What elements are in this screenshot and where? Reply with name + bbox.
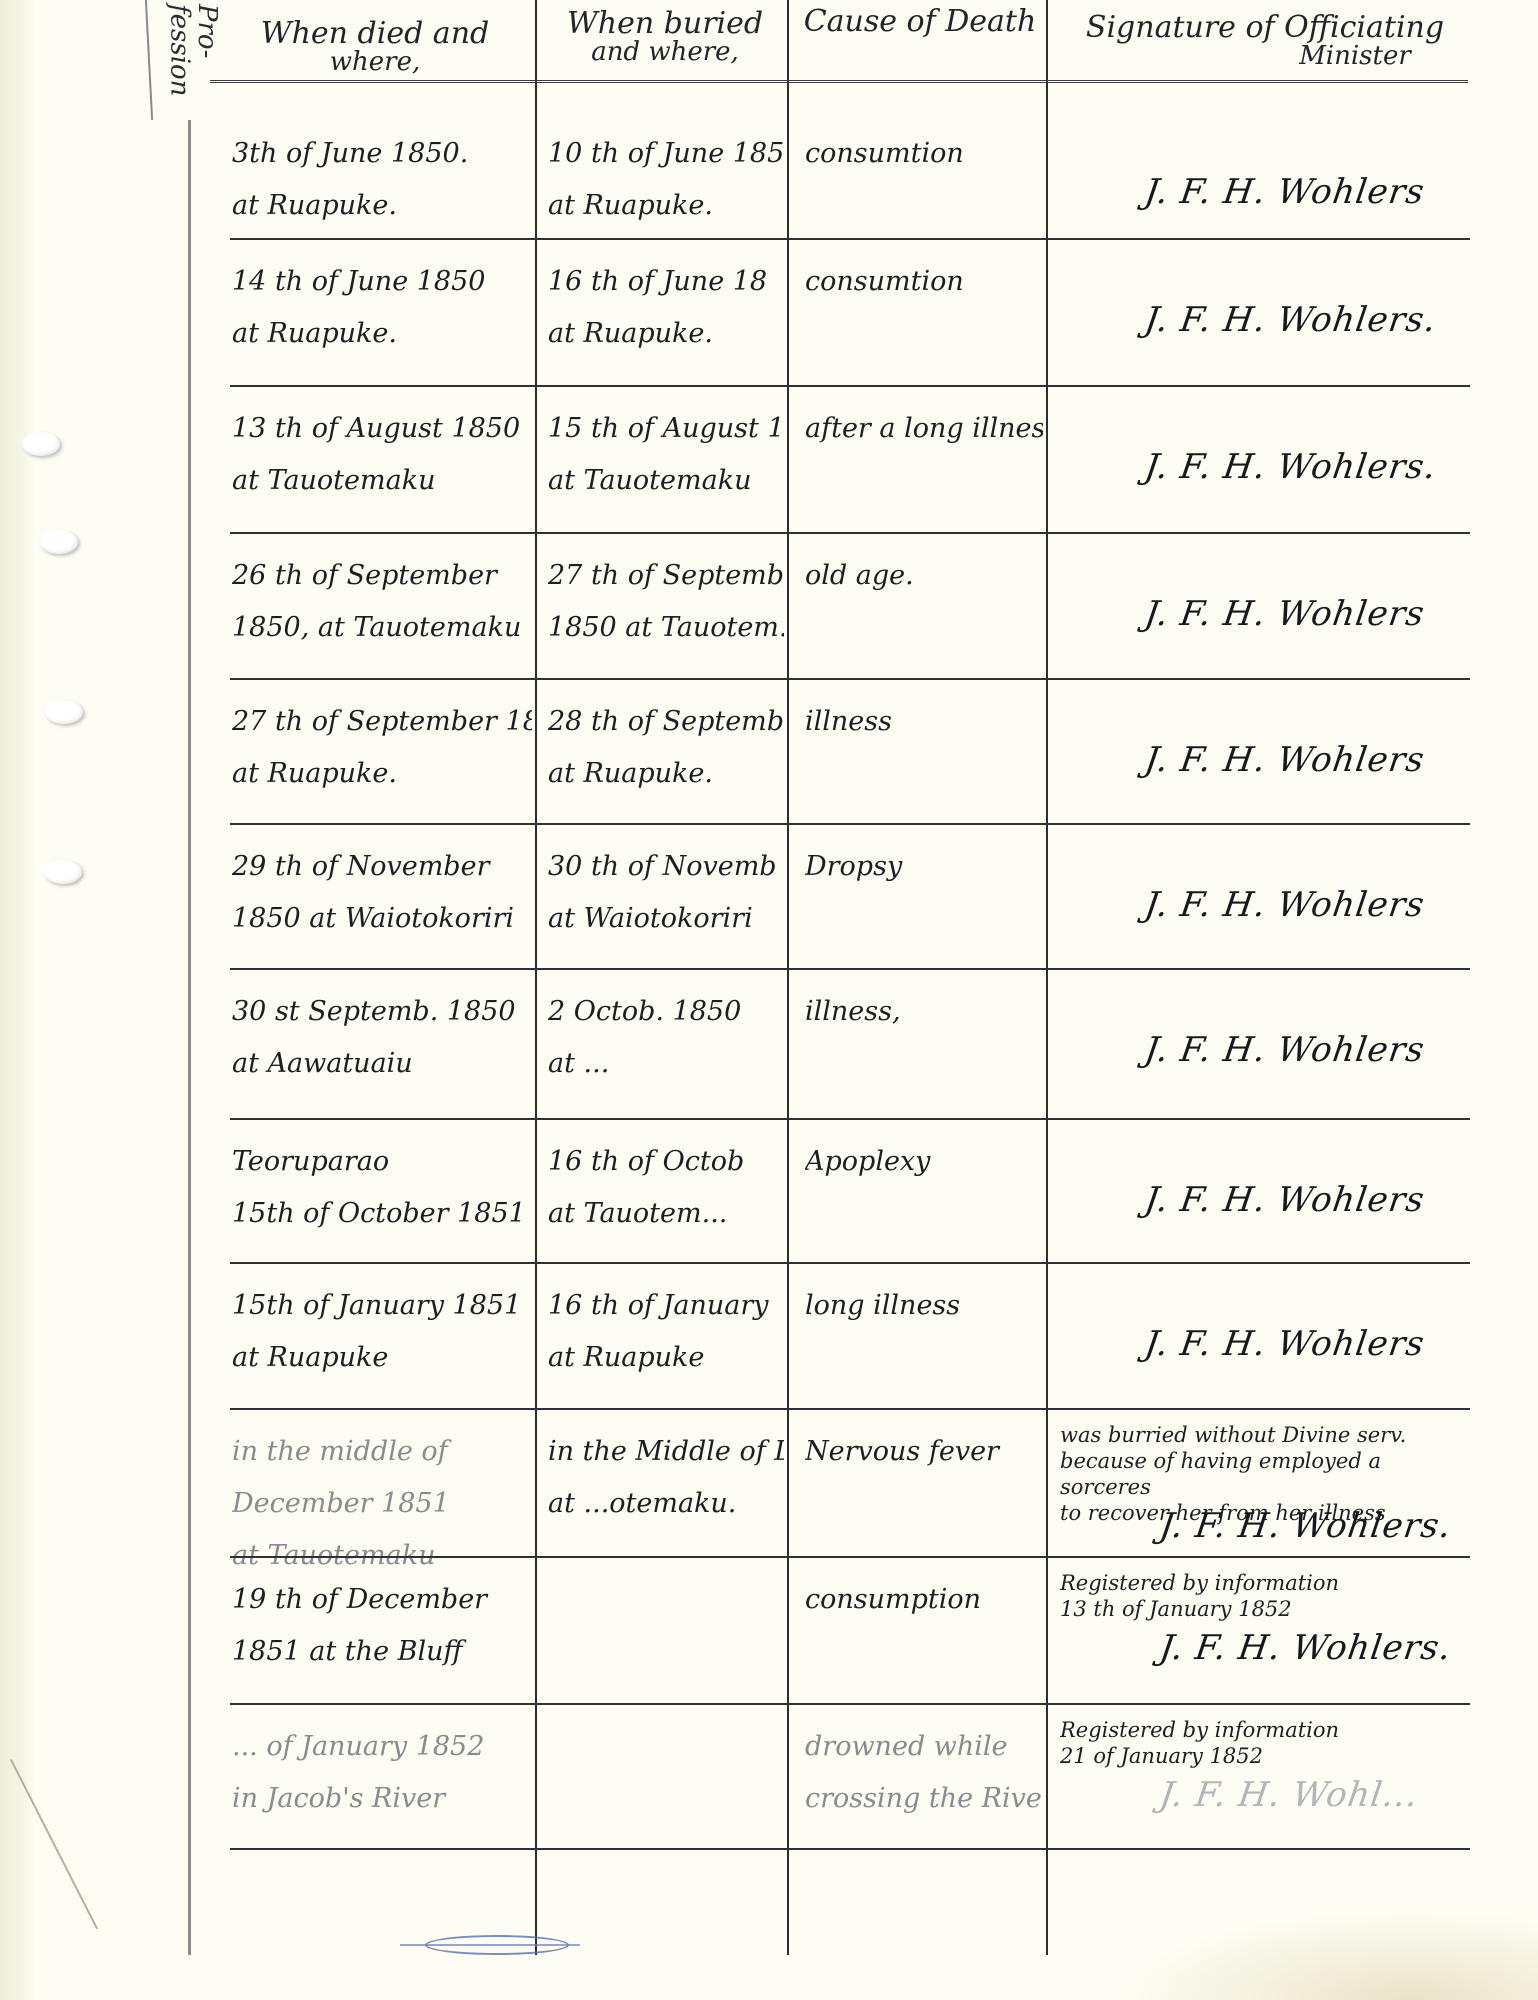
- cell-line: consumption: [805, 1574, 1043, 1626]
- date-place-of-death: 15th of January 1851at Ruapuke: [232, 1280, 532, 1384]
- minister-signature: J. F. H. Wohlers: [1142, 740, 1427, 780]
- cause-of-death: consumtion: [805, 128, 1043, 180]
- date-place-of-death: 29 th of November1850 at Waiotokoriri: [232, 841, 532, 945]
- date-place-of-death: 3th of June 1850.at Ruapuke.: [232, 128, 532, 232]
- cell-line: 10 th of June 1850: [548, 128, 784, 180]
- cell-line: 16 th of June 18: [548, 256, 784, 308]
- cell-line: at Ruapuke.: [548, 180, 784, 232]
- date-place-of-death: 14 th of June 1850at Ruapuke.: [232, 256, 532, 360]
- cause-of-death: long illness: [805, 1280, 1043, 1332]
- cell-line: 28 th of Septemb: [548, 696, 784, 748]
- cell-line: 15 th of August 1850: [548, 403, 784, 455]
- cause-of-death: illness,: [805, 986, 1043, 1038]
- header-line: Cause of Death: [804, 4, 1037, 39]
- date-place-of-burial: 16 th of Octobat Tauotem...: [548, 1136, 784, 1240]
- cell-line: 30 st Septemb. 1850: [232, 986, 532, 1038]
- cell-line: drowned while: [805, 1721, 1043, 1773]
- register-entry: 26 th of September1850, at Tauotemaku27 …: [210, 532, 1468, 677]
- cell-line: 26 th of September: [232, 550, 532, 602]
- cell-line: 1851 at the Bluff: [232, 1626, 532, 1678]
- profession-column-heading: Pro-fession: [150, 4, 220, 104]
- header-line: and where,: [545, 38, 785, 66]
- date-place-of-death: 13 th of August 1850at Tauotemaku: [232, 403, 532, 507]
- cell-line: 19 th of December: [232, 1574, 532, 1626]
- cell-line: 15th of January 1851: [232, 1280, 532, 1332]
- cell-line: at Aawatuaiu: [232, 1038, 532, 1090]
- header-when-buried: When buried and where,: [545, 10, 785, 90]
- note-line: 13 th of January 1852: [1060, 1596, 1460, 1622]
- minister-signature: J. F. H. Wohlers.: [1142, 300, 1439, 340]
- note-line: because of having employed a sorceres: [1060, 1448, 1460, 1500]
- register-entry: ... of January 1852in Jacob's Riverdrown…: [210, 1703, 1468, 1848]
- cell-line: at Ruapuke: [548, 1332, 784, 1384]
- cell-line: illness: [805, 696, 1043, 748]
- note-line: was burried without Divine serv.: [1060, 1422, 1460, 1448]
- cell-line: at Ruapuke.: [548, 308, 784, 360]
- paper-stain: [1118, 1910, 1538, 2000]
- cell-line: December 1851: [232, 1478, 532, 1530]
- cell-line: at Ruapuke.: [232, 308, 532, 360]
- register-entry: 13 th of August 1850at Tauotemaku15 th o…: [210, 385, 1468, 530]
- header-line: where,: [220, 48, 530, 76]
- note-line: Registered by information: [1060, 1570, 1460, 1596]
- cell-line: 14 th of June 1850: [232, 256, 532, 308]
- cell-line: at Ruapuke: [232, 1332, 532, 1384]
- date-place-of-burial: 16 th of June 18at Ruapuke.: [548, 256, 784, 360]
- minister-signature: J. F. H. Wohlers: [1142, 594, 1427, 634]
- date-place-of-burial: 27 th of Septemb1850 at Tauotem.: [548, 550, 784, 654]
- cause-of-death: Dropsy: [805, 841, 1043, 893]
- register-entry: 27 th of September 1850at Ruapuke.28 th …: [210, 678, 1468, 823]
- minister-signature: J. F. H. Wohlers: [1142, 1180, 1427, 1220]
- cause-of-death: old age.: [805, 550, 1043, 602]
- register-entry: 15th of January 1851at Ruapuke16 th of J…: [210, 1262, 1468, 1407]
- minister-signature: J. F. H. Wohlers: [1142, 885, 1427, 925]
- cell-line: old age.: [805, 550, 1043, 602]
- note-line: Registered by information: [1060, 1717, 1460, 1743]
- minister-signature: J. F. H. Wohlers: [1142, 1030, 1427, 1070]
- date-place-of-death: Teoruparao15th of October 1851: [232, 1136, 532, 1240]
- cell-line: 13 th of August 1850: [232, 403, 532, 455]
- cell-line: ... of January 1852: [232, 1721, 532, 1773]
- date-place-of-burial: 15 th of August 1850at Tauotemaku: [548, 403, 784, 507]
- cell-line: Teoruparao: [232, 1136, 532, 1188]
- cell-line: 27 th of September 1850: [232, 696, 532, 748]
- cause-of-death: after a long illness,: [805, 403, 1043, 455]
- cause-of-death: consumtion: [805, 256, 1043, 308]
- paper-edge: [0, 0, 36, 2000]
- cell-line: Nervous fever: [805, 1426, 1043, 1478]
- cell-line: 29 th of November: [232, 841, 532, 893]
- cell-line: at Ruapuke.: [232, 180, 532, 232]
- minister-signature: J. F. H. Wohl...: [1157, 1775, 1421, 1815]
- cell-line: Apoplexy: [805, 1136, 1043, 1188]
- registration-note: Registered by information13 th of Januar…: [1060, 1570, 1460, 1622]
- cell-line: 16 th of Octob: [548, 1136, 784, 1188]
- cell-line: at ...: [548, 1038, 784, 1090]
- date-place-of-burial: 28 th of Septembat Ruapuke.: [548, 696, 784, 800]
- cell-line: in Jacob's River: [232, 1773, 532, 1825]
- punch-hole: [44, 860, 82, 884]
- header-rule: [210, 80, 1468, 83]
- register-entry: 14 th of June 1850at Ruapuke.16 th of Ju…: [210, 238, 1468, 383]
- cause-of-death: Nervous fever: [805, 1426, 1043, 1478]
- header-line: Signature of Officiating: [1086, 10, 1444, 45]
- cell-line: 16 th of January: [548, 1280, 784, 1332]
- register-entry: 3th of June 1850.at Ruapuke.10 th of Jun…: [210, 110, 1468, 255]
- cell-line: in the middle of: [232, 1426, 532, 1478]
- date-place-of-burial: 2 Octob. 1850at ...: [548, 986, 784, 1090]
- date-place-of-burial: in the Middle of Decemb.at ...otemaku.: [548, 1426, 784, 1530]
- cause-of-death: illness: [805, 696, 1043, 748]
- margin-rule: [188, 120, 191, 1955]
- minister-signature: J. F. H. Wohlers.: [1157, 1506, 1454, 1546]
- cell-line: at Tauotem...: [548, 1188, 784, 1240]
- cell-line: illness,: [805, 986, 1043, 1038]
- register-entry: 30 st Septemb. 1850at Aawatuaiu2 Octob. …: [210, 968, 1468, 1113]
- cell-line: consumtion: [805, 128, 1043, 180]
- cell-line: 15th of October 1851: [232, 1188, 532, 1240]
- cell-line: consumtion: [805, 256, 1043, 308]
- punch-hole: [45, 700, 83, 724]
- minister-signature: J. F. H. Wohlers.: [1142, 447, 1439, 487]
- date-place-of-death: 19 th of December1851 at the Bluff: [232, 1574, 532, 1678]
- minister-signature: J. F. H. Wohlers: [1142, 1324, 1427, 1364]
- cell-line: at ...otemaku.: [548, 1478, 784, 1530]
- cell-line: in the Middle of Decemb.: [548, 1426, 784, 1478]
- cause-of-death: Apoplexy: [805, 1136, 1043, 1188]
- punch-hole: [40, 530, 78, 554]
- registration-note: Registered by information21 of January 1…: [1060, 1717, 1460, 1769]
- cause-of-death: consumption: [805, 1574, 1043, 1626]
- cell-line: 2 Octob. 1850: [548, 986, 784, 1038]
- date-place-of-death: 30 st Septemb. 1850at Aawatuaiu: [232, 986, 532, 1090]
- header-when-died: When died and where,: [220, 20, 530, 100]
- register-entry: Teoruparao15th of October 185116 th of O…: [210, 1118, 1468, 1263]
- cause-of-death: drowned whilecrossing the River: [805, 1721, 1043, 1825]
- cell-line: long illness: [805, 1280, 1043, 1332]
- minister-signature: J. F. H. Wohlers: [1142, 172, 1427, 212]
- note-line: 21 of January 1852: [1060, 1743, 1460, 1769]
- cell-line: 27 th of Septemb: [548, 550, 784, 602]
- row-divider: [230, 1848, 1470, 1850]
- cell-line: at Waiotokoriri: [548, 893, 784, 945]
- minister-signature: J. F. H. Wohlers.: [1157, 1628, 1454, 1668]
- header-cause-of-death: Cause of Death: [795, 8, 1045, 88]
- cell-line: 1850 at Tauotem.: [548, 602, 784, 654]
- cell-line: at Ruapuke.: [232, 748, 532, 800]
- cell-line: 3th of June 1850.: [232, 128, 532, 180]
- cell-line: 1850 at Waiotokoriri: [232, 893, 532, 945]
- cell-line: at Tauotemaku: [232, 455, 532, 507]
- date-place-of-death: ... of January 1852in Jacob's River: [232, 1721, 532, 1825]
- ink-flourish: [400, 1944, 580, 1946]
- register-entry: 19 th of December1851 at the Bluffconsum…: [210, 1556, 1468, 1701]
- cell-line: at Ruapuke.: [548, 748, 784, 800]
- date-place-of-death: 27 th of September 1850at Ruapuke.: [232, 696, 532, 800]
- punch-hole: [22, 432, 60, 456]
- cell-line: at Tauotemaku: [548, 455, 784, 507]
- date-place-of-burial: 16 th of Januaryat Ruapuke: [548, 1280, 784, 1384]
- header-line: When died and: [261, 16, 489, 51]
- date-place-of-death: 26 th of September1850, at Tauotemaku: [232, 550, 532, 654]
- header-line: When buried: [567, 6, 763, 41]
- cell-line: after a long illness,: [805, 403, 1043, 455]
- register-entry: 29 th of November1850 at Waiotokoriri30 …: [210, 823, 1468, 968]
- register-entry: in the middle ofDecember 1851at Tauotema…: [210, 1408, 1468, 1553]
- cell-line: 30 th of Novemb 1850: [548, 841, 784, 893]
- date-place-of-burial: 30 th of Novemb 1850at Waiotokoriri: [548, 841, 784, 945]
- cell-line: Dropsy: [805, 841, 1043, 893]
- cell-line: crossing the River: [805, 1773, 1043, 1825]
- cell-line: 1850, at Tauotemaku: [232, 602, 532, 654]
- date-place-of-burial: 10 th of June 1850at Ruapuke.: [548, 128, 784, 232]
- header-line: Minister: [1055, 42, 1475, 70]
